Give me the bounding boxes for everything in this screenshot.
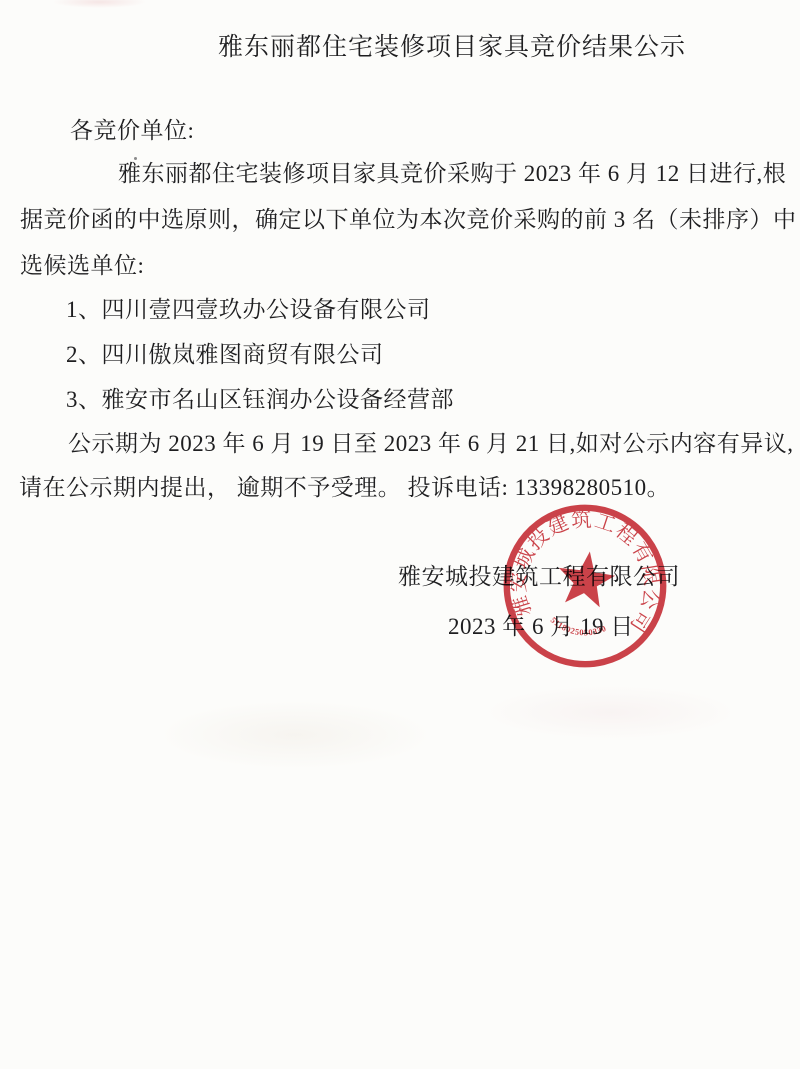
candidate-item-2: 2、四川傲岚雅图商贸有限公司 xyxy=(66,341,384,369)
paragraph1-line1: 雅东丽都住宅装修项目家具竞价采购于 2023 年 6 月 12 日进行,根 xyxy=(118,160,786,188)
salutation: 各竞价单位: xyxy=(70,117,194,145)
seal-code-text: 5118025050330 xyxy=(547,614,609,641)
official-seal: 雅安城投建筑工程有限公司 5118025050330 xyxy=(500,501,670,671)
scan-smudge xyxy=(480,685,740,740)
paragraph2-line2: 请在公示期内提出， 逾期不予受理。 投诉电话: 13398280510。 xyxy=(19,474,670,502)
scan-smudge xyxy=(52,0,147,8)
notice-title: 雅东丽都住宅装修项目家具竞价结果公示 xyxy=(218,33,686,63)
star-icon xyxy=(554,548,618,609)
candidate-item-3: 3、雅安市名山区钰润办公设备经营部 xyxy=(66,386,454,414)
paragraph1-line2: 据竞价函的中选原则，确定以下单位为本次竞价采购的前 3 名（未排序）中 xyxy=(20,206,797,234)
candidate-item-1: 1、四川壹四壹玖办公设备有限公司 xyxy=(66,296,431,324)
paragraph1-line3: 选候选单位: xyxy=(20,252,144,280)
scanned-notice-page: 雅东丽都住宅装修项目家具竞价结果公示 各竞价单位: 雅东丽都住宅装修项目家具竞价… xyxy=(0,0,800,1069)
paragraph2-line1: 公示期为 2023 年 6 月 19 日至 2023 年 6 月 21 日,如对… xyxy=(68,430,794,458)
scan-smudge xyxy=(155,700,435,770)
svg-text:5118025050330: 5118025050330 xyxy=(547,614,609,641)
